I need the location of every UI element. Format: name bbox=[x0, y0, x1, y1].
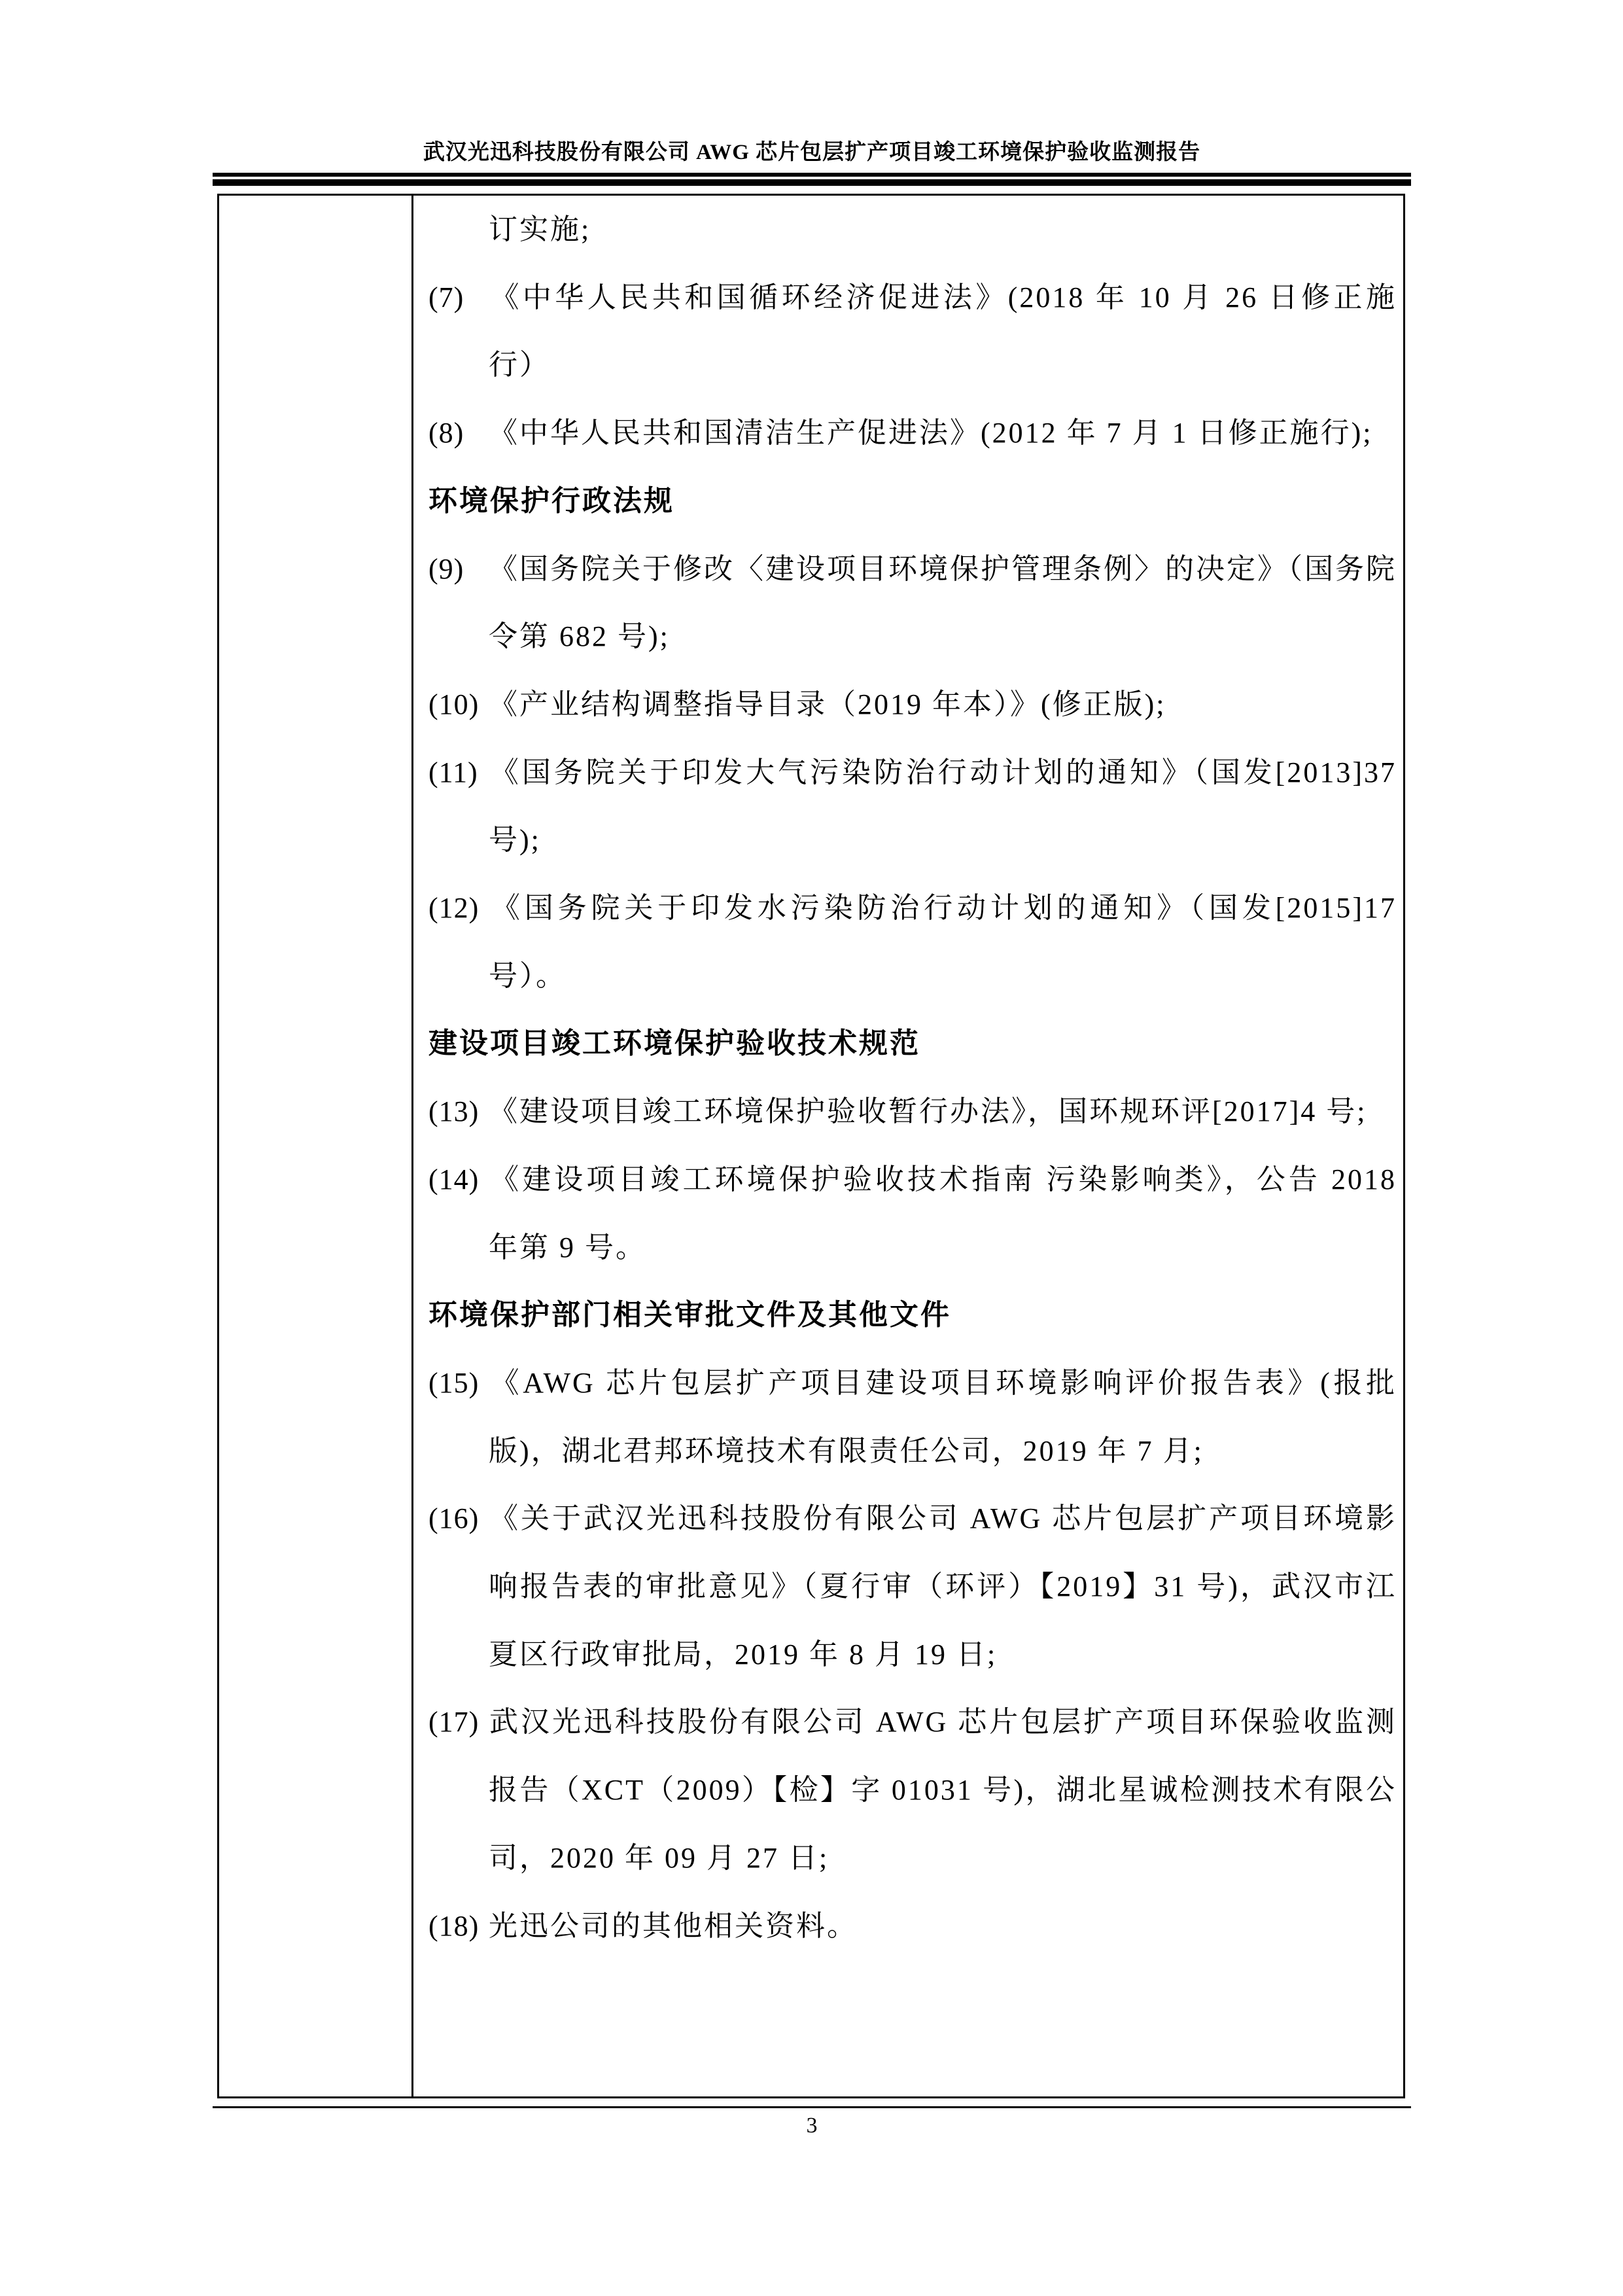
item-number: (10) bbox=[428, 671, 489, 739]
item-number: (8) bbox=[428, 399, 489, 467]
table-label-cell bbox=[219, 196, 413, 2096]
footer-rule bbox=[213, 2106, 1411, 2108]
list-item: (18)光迅公司的其他相关资料。 bbox=[413, 1892, 1397, 1960]
item-number: (7) bbox=[428, 264, 489, 332]
continuation-line: 订实施; bbox=[413, 196, 1397, 264]
item-number: (16) bbox=[428, 1485, 489, 1553]
item-number: (18) bbox=[428, 1892, 489, 1960]
list-item: (8)《中华人民共和国清洁生产促进法》(2012 年 7 月 1 日修正施行); bbox=[413, 399, 1397, 467]
item-number: (15) bbox=[428, 1349, 489, 1417]
list-item: (11)《国务院关于印发大气污染防治行动计划的通知》（国发[2013]37 号)… bbox=[413, 739, 1397, 874]
list-item: (13)《建设项目竣工环境保护验收暂行办法》，国环规环评[2017]4 号; bbox=[413, 1078, 1397, 1146]
item-number: (13) bbox=[428, 1078, 489, 1146]
item-number: (17) bbox=[428, 1688, 489, 1756]
list-item: (12)《国务院关于印发水污染防治行动计划的通知》（国发[2015]17 号）。 bbox=[413, 874, 1397, 1010]
page-header-title: 武汉光迅科技股份有限公司 AWG 芯片包层扩产项目竣工环境保护验收监测报告 bbox=[213, 135, 1411, 166]
list-item: (7)《中华人民共和国循环经济促进法》(2018 年 10 月 26 日修正施行… bbox=[413, 264, 1397, 399]
list-item: (9)《国务院关于修改〈建设项目环境保护管理条例〉的决定》（国务院令第 682 … bbox=[413, 535, 1397, 671]
item-number: (11) bbox=[428, 739, 489, 807]
list-item: (10)《产业结构调整指导目录（2019 年本）》(修正版); bbox=[413, 671, 1397, 739]
item-number: (12) bbox=[428, 874, 489, 942]
header-double-rule bbox=[213, 173, 1411, 186]
section-heading: 环境保护行政法规 bbox=[413, 467, 1397, 535]
list-item: (16)《关于武汉光迅科技股份有限公司 AWG 芯片包层扩产项目环境影响报告表的… bbox=[413, 1485, 1397, 1688]
table-content-cell: 订实施;(7)《中华人民共和国循环经济促进法》(2018 年 10 月 26 日… bbox=[413, 196, 1403, 2096]
list-item: (15)《AWG 芯片包层扩产项目建设项目环境影响评价报告表》(报批版)，湖北君… bbox=[413, 1349, 1397, 1485]
header-rule-thick-line bbox=[213, 179, 1411, 186]
report-table: 订实施;(7)《中华人民共和国循环经济促进法》(2018 年 10 月 26 日… bbox=[217, 194, 1405, 2098]
list-item: (17)武汉光迅科技股份有限公司 AWG 芯片包层扩产项目环保验收监测报告（XC… bbox=[413, 1688, 1397, 1892]
item-number: (14) bbox=[428, 1146, 489, 1214]
item-number: (9) bbox=[428, 535, 489, 603]
page-number: 3 bbox=[213, 2113, 1411, 2138]
section-heading: 环境保护部门相关审批文件及其他文件 bbox=[413, 1281, 1397, 1349]
page: { "header": { "title": "武汉光迅科技股份有限公司 AWG… bbox=[0, 0, 1623, 2296]
section-heading: 建设项目竣工环境保护验收技术规范 bbox=[413, 1010, 1397, 1078]
list-item: (14)《建设项目竣工环境保护验收技术指南 污染影响类》，公告 2018 年第 … bbox=[413, 1146, 1397, 1281]
